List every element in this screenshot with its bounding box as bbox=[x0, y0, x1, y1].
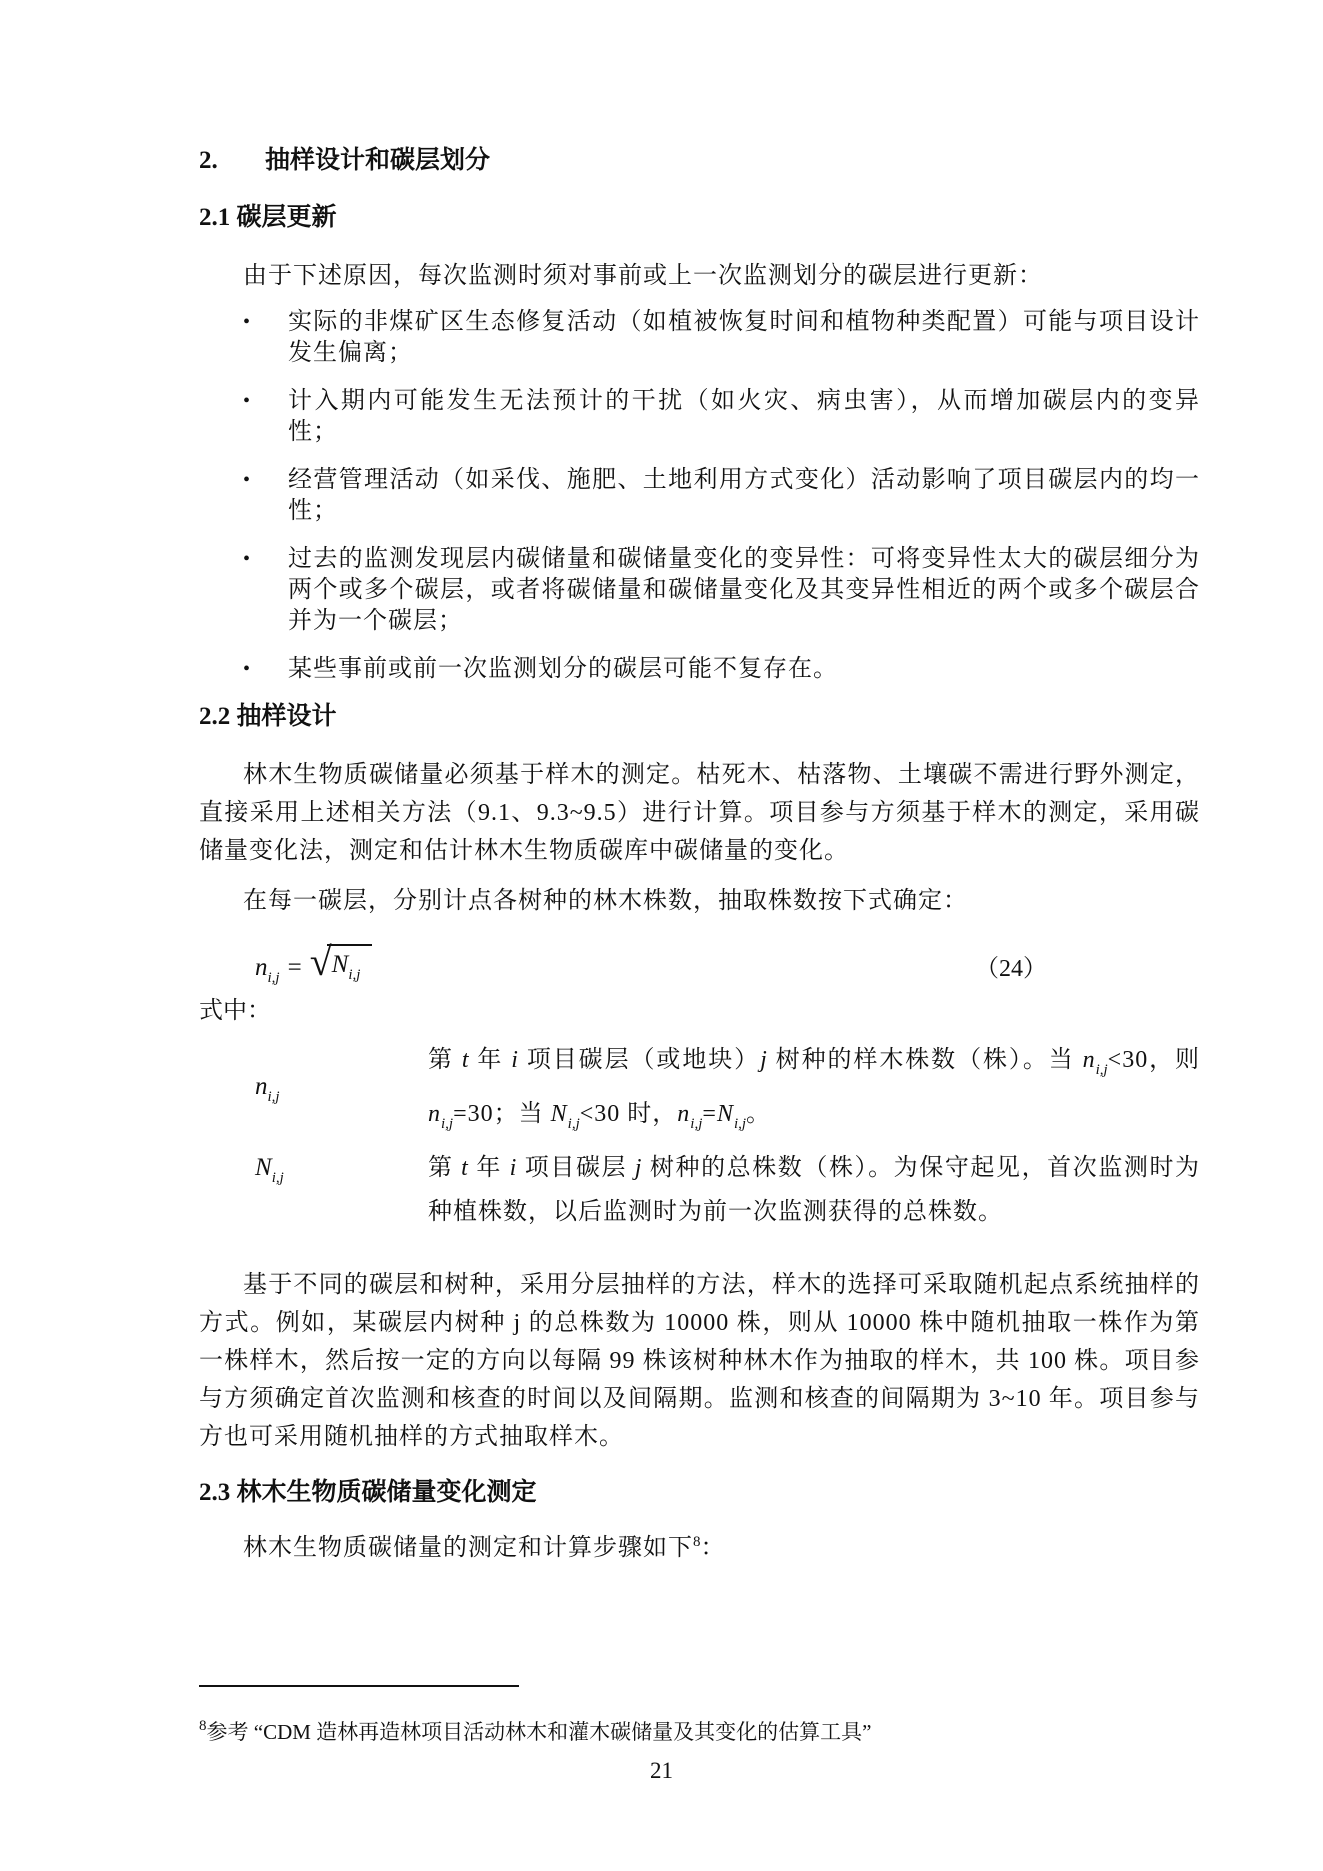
symbol-description: 第 t 年 i 项目碳层 j 树种的总株数（株）。为保守起见，首次监测时为种植株… bbox=[428, 1146, 1200, 1234]
bullet-marker: • bbox=[243, 307, 251, 338]
where-label: 式中： bbox=[199, 992, 1200, 1030]
section-title: 抽样设计和碳层划分 bbox=[265, 146, 490, 176]
definition-list: ni,j 第 t 年 i 项目碳层（或地块）j 树种的样木株数（株）。当 ni,… bbox=[199, 1038, 1200, 1234]
page-content: 2. 抽样设计和碳层划分 2.1 碳层更新 由于下述原因，每次监测时须对事前或上… bbox=[199, 146, 1200, 1747]
bullet-text: 过去的监测发现层内碳储量和碳储量变化的变异性：可将变异性太大的碳层细分为两个或多… bbox=[288, 546, 1200, 634]
bullet-text: 计入期内可能发生无法预计的干扰（如火灾、病虫害），从而增加碳层内的变异性； bbox=[288, 388, 1200, 445]
equation-rhs-base: N bbox=[332, 951, 349, 978]
subsection-2-1-heading: 2.1 碳层更新 bbox=[199, 203, 1200, 233]
bullet-item: • 经营管理活动（如采伐、施肥、土地利用方式变化）活动影响了项目碳层内的均一性； bbox=[199, 465, 1200, 527]
equation-24: ni,j=√Ni,j （24） bbox=[199, 942, 1200, 992]
equals-sign: = bbox=[280, 954, 310, 981]
page-number: 21 bbox=[0, 1758, 1323, 1784]
bullet-marker: • bbox=[243, 544, 251, 575]
bullet-text: 实际的非煤矿区生态修复活动（如植被恢复时间和植物种类配置）可能与项目设计发生偏离… bbox=[288, 309, 1200, 366]
bullet-marker: • bbox=[243, 386, 251, 417]
section-2-heading: 2. 抽样设计和碳层划分 bbox=[199, 146, 1200, 176]
symbol-n-ij: ni,j bbox=[199, 1065, 428, 1119]
footnote-separator bbox=[199, 1685, 519, 1687]
bullet-list: • 实际的非煤矿区生态修复活动（如植被恢复时间和植物种类配置）可能与项目设计发生… bbox=[199, 307, 1200, 685]
subsection-2-2-heading: 2.2 抽样设计 bbox=[199, 702, 1200, 732]
subsection-2-3-heading: 2.3 林木生物质碳储量变化测定 bbox=[199, 1478, 1200, 1508]
bullet-item: • 某些事前或前一次监测划分的碳层可能不复存在。 bbox=[199, 654, 1200, 685]
sampling-paragraph-1: 林木生物质碳储量必须基于样木的测定。枯死木、枯落物、土壤碳不需进行野外测定，直接… bbox=[199, 756, 1200, 870]
section-number: 2. bbox=[199, 146, 265, 176]
document-page: 2. 抽样设计和碳层划分 2.1 碳层更新 由于下述原因，每次监测时须对事前或上… bbox=[0, 0, 1323, 1871]
footnote-text: 8参考 “CDM 造林再造林项目活动林木和灌木碳储量及其变化的估算工具” bbox=[199, 1711, 1200, 1747]
definition-row: ni,j 第 t 年 i 项目碳层（或地块）j 树种的样木株数（株）。当 ni,… bbox=[199, 1038, 1200, 1146]
intro-paragraph: 由于下述原因，每次监测时须对事前或上一次监测划分的碳层进行更新： bbox=[199, 257, 1200, 295]
equation-formula: ni,j=√Ni,j bbox=[255, 944, 372, 987]
sampling-paragraph-2: 在每一碳层，分别计点各树种的林木株数，抽取株数按下式确定： bbox=[199, 882, 1200, 920]
symbol-N-ij: Ni,j bbox=[199, 1146, 428, 1200]
definition-row: Ni,j 第 t 年 i 项目碳层 j 树种的总株数（株）。为保守起见，首次监测… bbox=[199, 1146, 1200, 1234]
equation-lhs-subscript: i,j bbox=[268, 970, 280, 986]
measurement-paragraph: 林木生物质碳储量的测定和计算步骤如下8： bbox=[199, 1523, 1200, 1567]
bullet-item: • 实际的非煤矿区生态修复活动（如植被恢复时间和植物种类配置）可能与项目设计发生… bbox=[199, 307, 1200, 369]
square-root: √Ni,j bbox=[310, 944, 373, 984]
symbol-description: 第 t 年 i 项目碳层（或地块）j 树种的样木株数（株）。当 ni,j<30，… bbox=[428, 1038, 1200, 1146]
bullet-item: • 计入期内可能发生无法预计的干扰（如火灾、病虫害），从而增加碳层内的变异性； bbox=[199, 386, 1200, 448]
radicand: Ni,j bbox=[327, 944, 373, 984]
sampling-paragraph-3: 基于不同的碳层和树种，采用分层抽样的方法，样木的选择可采取随机起点系统抽样的方式… bbox=[199, 1266, 1200, 1456]
equation-rhs-subscript: i,j bbox=[348, 967, 360, 983]
bullet-marker: • bbox=[243, 654, 251, 685]
equation-lhs-base: n bbox=[255, 954, 268, 981]
equation-number: （24） bbox=[975, 948, 1047, 983]
bullet-item: • 过去的监测发现层内碳储量和碳储量变化的变异性：可将变异性太大的碳层细分为两个… bbox=[199, 544, 1200, 637]
bullet-text: 某些事前或前一次监测划分的碳层可能不复存在。 bbox=[288, 656, 838, 682]
bullet-text: 经营管理活动（如采伐、施肥、土地利用方式变化）活动影响了项目碳层内的均一性； bbox=[288, 467, 1200, 524]
bullet-marker: • bbox=[243, 465, 251, 496]
